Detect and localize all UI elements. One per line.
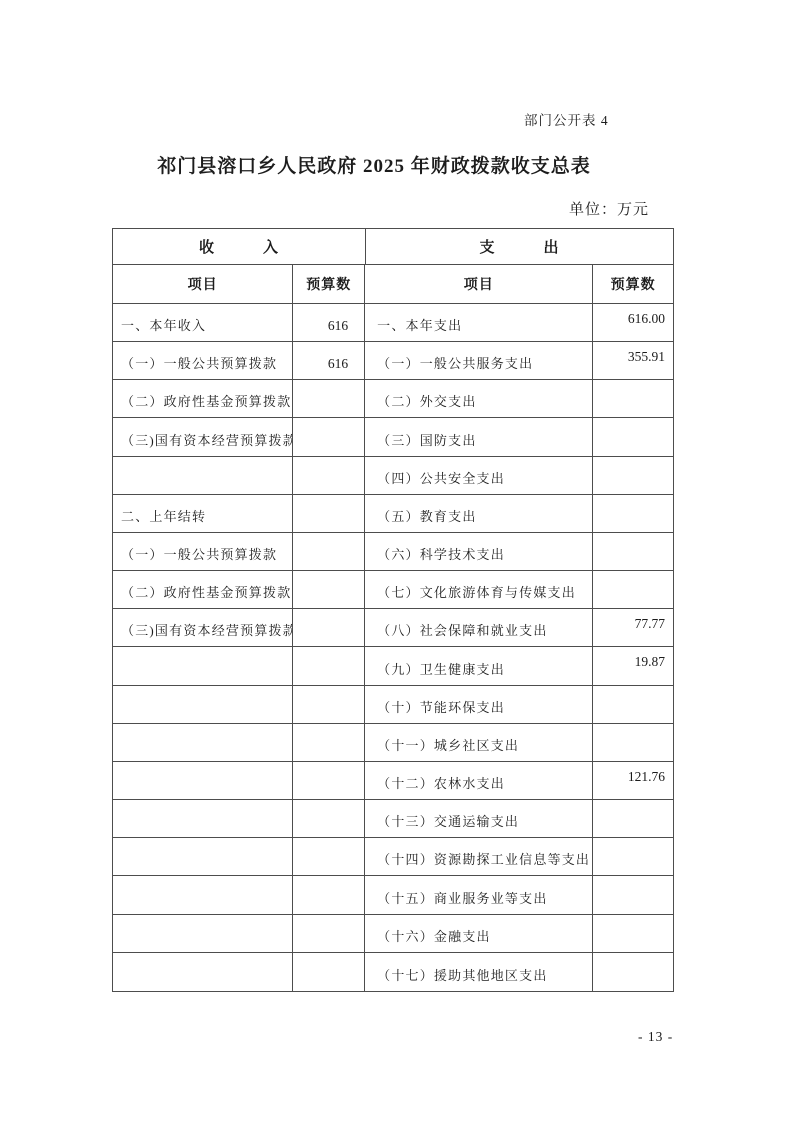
expense-budget-column-header: 预算数 — [593, 265, 673, 304]
expense-item-cell: （十）节能环保支出 — [365, 686, 593, 724]
expense-budget-cell: 121.76 — [593, 762, 673, 800]
income-budget-cell — [293, 647, 365, 685]
income-item-cell — [113, 876, 293, 914]
table-row: （二）政府性基金预算拨款 （二）外交支出 — [113, 380, 673, 418]
expense-budget-cell: 355.91 — [593, 342, 673, 380]
expense-budget-cell — [593, 876, 673, 914]
budget-summary-table: 收 入 支 出 项目 预算数 项目 预算数 一、本年收入 616 一、本年支出 … — [112, 228, 674, 992]
table-row: （十）节能环保支出 — [113, 686, 673, 724]
table-row: （十四）资源勘探工业信息等支出 — [113, 838, 673, 876]
table-row: （一）一般公共预算拨款 （六）科学技术支出 — [113, 533, 673, 571]
income-item-cell — [113, 800, 293, 838]
income-budget-cell — [293, 915, 365, 953]
table-section-header-row: 收 入 支 出 — [113, 229, 673, 265]
income-item-cell — [113, 457, 293, 495]
income-item-cell: （三)国有资本经营预算拨款 — [113, 418, 293, 456]
expense-item-cell: （十二）农林水支出 — [365, 762, 593, 800]
table-row: （三)国有资本经营预算拨款 （八）社会保障和就业支出 77.77 — [113, 609, 673, 647]
income-budget-cell — [293, 876, 365, 914]
expense-item-cell: （八）社会保障和就业支出 — [365, 609, 593, 647]
income-item-column-header: 项目 — [113, 265, 293, 304]
income-item-cell: （一）一般公共预算拨款 — [113, 533, 293, 571]
expense-budget-cell — [593, 457, 673, 495]
expense-item-cell: 一、本年支出 — [365, 304, 593, 342]
table-row: （十一）城乡社区支出 — [113, 724, 673, 762]
income-budget-cell — [293, 571, 365, 609]
table-row: （四）公共安全支出 — [113, 457, 673, 495]
income-budget-cell — [293, 953, 365, 991]
table-row: （二）政府性基金预算拨款 （七）文化旅游体育与传媒支出 — [113, 571, 673, 609]
table-row: （十五）商业服务业等支出 — [113, 876, 673, 914]
expense-budget-cell — [593, 686, 673, 724]
expense-item-cell: （四）公共安全支出 — [365, 457, 593, 495]
income-budget-column-header: 预算数 — [293, 265, 365, 304]
income-budget-cell: 616 — [293, 342, 365, 380]
income-item-cell: （二）政府性基金预算拨款 — [113, 571, 293, 609]
expense-item-cell: （二）外交支出 — [365, 380, 593, 418]
expense-item-cell: （十五）商业服务业等支出 — [365, 876, 593, 914]
table-body: 一、本年收入 616 一、本年支出 616.00 （一）一般公共预算拨款 616… — [113, 304, 673, 991]
income-item-cell: 一、本年收入 — [113, 304, 293, 342]
income-item-cell — [113, 686, 293, 724]
income-item-cell — [113, 915, 293, 953]
expense-item-cell: （十一）城乡社区支出 — [365, 724, 593, 762]
income-item-cell — [113, 647, 293, 685]
expense-item-cell: （十六）金融支出 — [365, 915, 593, 953]
income-item-cell: 二、上年结转 — [113, 495, 293, 533]
income-item-cell — [113, 838, 293, 876]
expense-budget-cell — [593, 724, 673, 762]
table-row: （十七）援助其他地区支出 — [113, 953, 673, 991]
income-item-cell: （一）一般公共预算拨款 — [113, 342, 293, 380]
income-budget-cell — [293, 609, 365, 647]
income-budget-cell — [293, 380, 365, 418]
expense-item-cell: （六）科学技术支出 — [365, 533, 593, 571]
expense-item-cell: （九）卫生健康支出 — [365, 647, 593, 685]
table-row: （十二）农林水支出 121.76 — [113, 762, 673, 800]
table-row: 二、上年结转 （五）教育支出 — [113, 495, 673, 533]
expense-budget-cell: 616.00 — [593, 304, 673, 342]
table-row: （三)国有资本经营预算拨款 （三）国防支出 — [113, 418, 673, 456]
expense-budget-cell — [593, 838, 673, 876]
table-row: （十三）交通运输支出 — [113, 800, 673, 838]
expense-budget-cell — [593, 953, 673, 991]
expense-item-cell: （三）国防支出 — [365, 418, 593, 456]
table-row: （一）一般公共预算拨款 616 （一）一般公共服务支出 355.91 — [113, 342, 673, 380]
income-budget-cell — [293, 686, 365, 724]
table-row: 一、本年收入 616 一、本年支出 616.00 — [113, 304, 673, 342]
expense-budget-cell — [593, 800, 673, 838]
income-budget-cell — [293, 533, 365, 571]
expense-item-cell: （十七）援助其他地区支出 — [365, 953, 593, 991]
expense-item-cell: （五）教育支出 — [365, 495, 593, 533]
income-budget-cell — [293, 800, 365, 838]
income-budget-cell — [293, 762, 365, 800]
expense-budget-cell — [593, 571, 673, 609]
income-budget-cell — [293, 495, 365, 533]
income-section-header: 收 入 — [113, 229, 366, 265]
income-item-cell — [113, 724, 293, 762]
table-column-header-row: 项目 预算数 项目 预算数 — [113, 265, 673, 304]
unit-label: 单位：万元 — [569, 198, 649, 219]
expense-item-cell: （十三）交通运输支出 — [365, 800, 593, 838]
income-item-cell — [113, 762, 293, 800]
income-budget-cell — [293, 457, 365, 495]
expense-budget-cell — [593, 495, 673, 533]
dept-table-label: 部门公开表 4 — [524, 109, 609, 129]
expense-item-column-header: 项目 — [365, 265, 593, 304]
expense-budget-cell — [593, 418, 673, 456]
expense-budget-cell — [593, 915, 673, 953]
income-budget-cell: 616 — [293, 304, 365, 342]
expense-budget-cell: 19.87 — [593, 647, 673, 685]
expense-item-cell: （十四）资源勘探工业信息等支出 — [365, 838, 593, 876]
income-item-cell — [113, 953, 293, 991]
page-number: - 13 - — [638, 1029, 673, 1045]
income-budget-cell — [293, 418, 365, 456]
expense-section-header: 支 出 — [366, 229, 673, 265]
income-item-cell: （二）政府性基金预算拨款 — [113, 380, 293, 418]
table-row: （十六）金融支出 — [113, 915, 673, 953]
expense-budget-cell — [593, 533, 673, 571]
expense-item-cell: （一）一般公共服务支出 — [365, 342, 593, 380]
income-budget-cell — [293, 724, 365, 762]
income-budget-cell — [293, 838, 365, 876]
income-item-cell: （三)国有资本经营预算拨款 — [113, 609, 293, 647]
expense-budget-cell: 77.77 — [593, 609, 673, 647]
expense-budget-cell — [593, 380, 673, 418]
page-title: 祁门县溶口乡人民政府 2025 年财政拨款收支总表 — [0, 151, 748, 178]
expense-item-cell: （七）文化旅游体育与传媒支出 — [365, 571, 593, 609]
table-row: （九）卫生健康支出 19.87 — [113, 647, 673, 685]
document-page: 部门公开表 4 祁门县溶口乡人民政府 2025 年财政拨款收支总表 单位：万元 … — [0, 0, 793, 1122]
